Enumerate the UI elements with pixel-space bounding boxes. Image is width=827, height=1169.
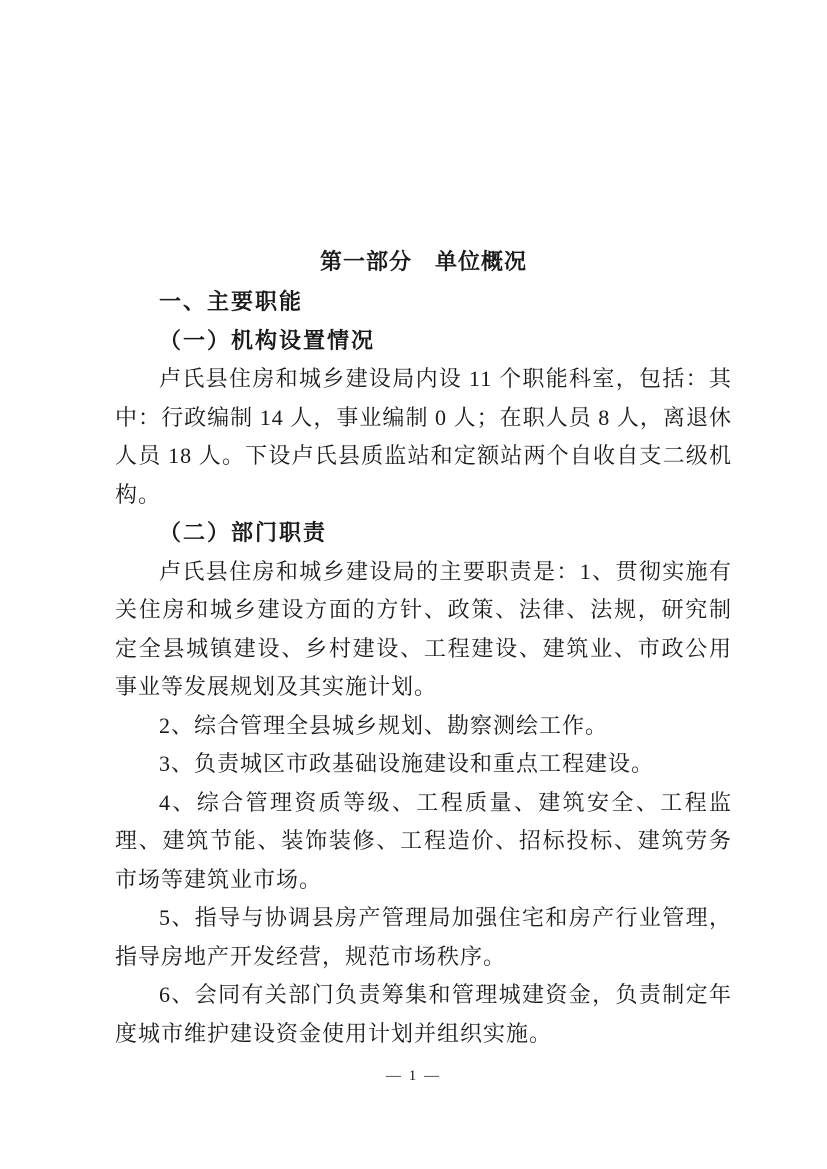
paragraph-duty-item-2: 2、综合管理全县城乡规划、勘察测绘工作。 <box>115 707 732 746</box>
paragraph-duties-intro: 卢氏县住房和城乡建设局的主要职责是：1、贯彻实施有关住房和城乡建设方面的方针、政… <box>115 553 732 707</box>
heading-main-functions: 一、主要职能 <box>115 283 732 322</box>
paragraph-duty-item-5: 5、指导与协调县房产管理局加强住宅和房产行业管理，指导房地产开发经营，规范市场秩… <box>115 899 732 976</box>
paragraph-duty-item-4: 4、综合管理资质等级、工程质量、建筑安全、工程监理、建筑节能、装饰装修、工程造价… <box>115 784 732 900</box>
heading-department-duties: （二）部门职责 <box>115 514 732 553</box>
page-number: — 1 — <box>0 1066 827 1086</box>
heading-org-setup: （一）机构设置情况 <box>115 322 732 361</box>
paragraph-org-setup: 卢氏县住房和城乡建设局内设 11 个职能科室，包括：其中：行政编制 14 人，事… <box>115 360 732 514</box>
document-content: 第一部分 单位概况 一、主要职能 （一）机构设置情况 卢氏县住房和城乡建设局内设… <box>115 241 732 1053</box>
paragraph-duty-item-6: 6、会同有关部门负责筹集和管理城建资金，负责制定年度城市维护建设资金使用计划并组… <box>115 976 732 1053</box>
page-title: 第一部分 单位概况 <box>115 241 732 283</box>
paragraph-duty-item-3: 3、负责城区市政基础设施建设和重点工程建设。 <box>115 745 732 784</box>
document-page: 第一部分 单位概况 一、主要职能 （一）机构设置情况 卢氏县住房和城乡建设局内设… <box>0 0 827 1169</box>
